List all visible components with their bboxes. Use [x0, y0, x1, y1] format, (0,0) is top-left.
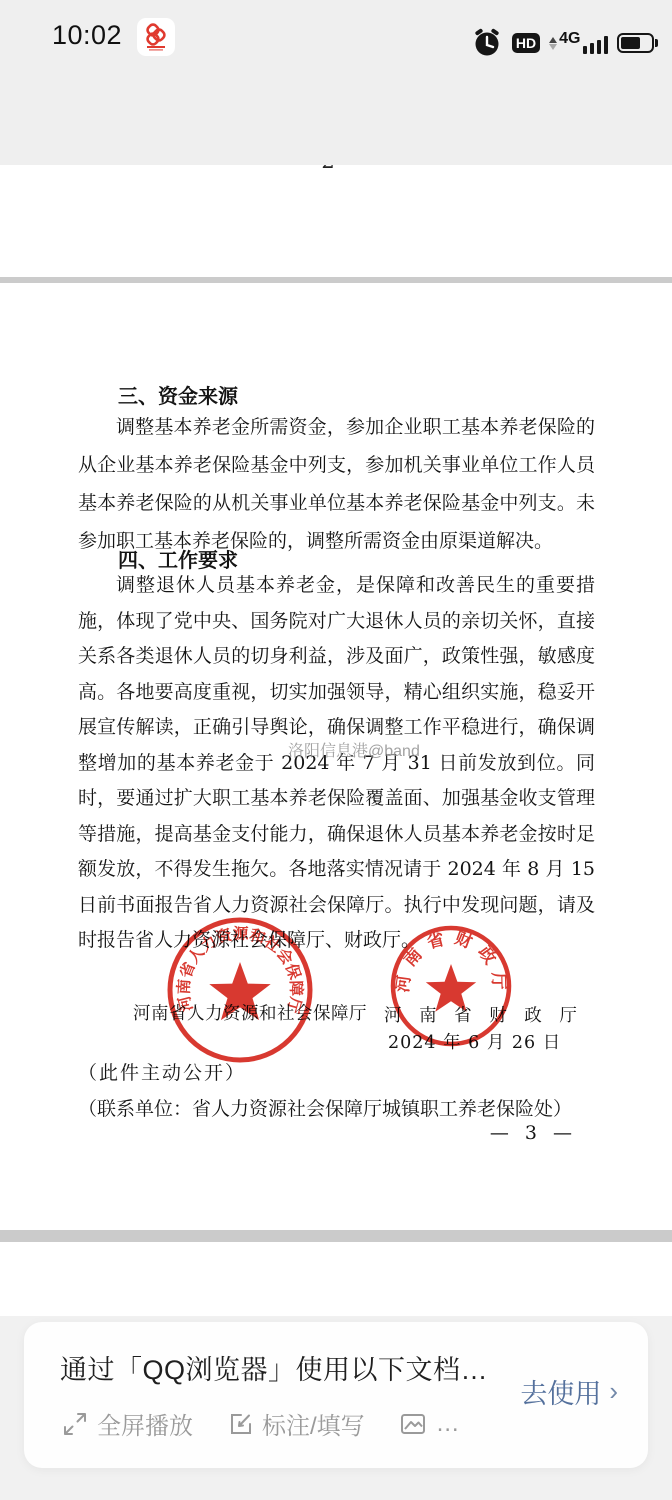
- annotate-icon: [227, 1411, 253, 1437]
- clock-time: 10:02: [52, 20, 122, 51]
- fullscreen-icon: [62, 1411, 88, 1437]
- promo-text: 通过「QQ浏览器」使用以下文档…: [60, 1348, 488, 1387]
- network-type-label: 4G: [559, 30, 580, 48]
- status-bar: 10:02 HD 4G: [0, 0, 672, 85]
- battery-icon: [617, 33, 658, 53]
- official-seal-finance-icon: 河南省财政厅: [385, 922, 517, 1054]
- alarm-clock-icon: [471, 27, 503, 59]
- file-preview-header: 豫人社3.pdf 文件预览: [0, 85, 672, 165]
- go-use-button[interactable]: 去使用 ›: [520, 1372, 618, 1411]
- section-heading-funding: 三、资金来源: [78, 380, 595, 409]
- hd-badge: HD: [512, 33, 540, 53]
- qq-browser-promo-card: 通过「QQ浏览器」使用以下文档… 去使用 › 全屏播放 标注/填写: [24, 1322, 648, 1468]
- status-icons: HD 4G: [471, 24, 658, 62]
- paragraph-funding: 调整基本养老金所需资金，参加企业职工基本养老保险的从企业基本养老保险基金中列支，…: [78, 408, 595, 560]
- pdf-page-4-top[interactable]: [0, 1242, 672, 1316]
- page-gap: [0, 1230, 672, 1242]
- china-unicom-knot-icon: [141, 22, 171, 52]
- disclosure-note: （此件主动公开）: [78, 1058, 246, 1085]
- signal-bars-icon: [583, 34, 609, 54]
- official-seal-hrss-icon: 河南省人力资源和社会保障厅: [160, 912, 320, 1070]
- china-unicom-icon: [137, 18, 175, 56]
- updown-arrows-icon: [549, 37, 557, 50]
- annotate-fill-button[interactable]: 标注/填写: [227, 1406, 365, 1441]
- document-tools-row: 全屏播放 标注/填写 …: [62, 1406, 460, 1441]
- image-icon: [399, 1411, 427, 1437]
- watermark-text: 洛阳信息港@band: [288, 738, 420, 761]
- image-more-button[interactable]: …: [399, 1410, 460, 1438]
- fullscreen-play-button[interactable]: 全屏播放: [62, 1406, 193, 1441]
- pdf-page-3[interactable]: 三、资金来源 调整基本养老金所需资金，参加企业职工基本养老保险的从企业基本养老保…: [0, 283, 672, 1230]
- contact-unit-note: （联系单位：省人力资源社会保障厅城镇职工养老保险处）: [78, 1094, 572, 1121]
- page-3-number: — 3 —: [490, 1122, 577, 1144]
- pdf-page-2-bottom[interactable]: — 2 —: [0, 165, 672, 277]
- page-2-number: — 2 —: [0, 165, 672, 173]
- go-use-label: 去使用: [520, 1372, 601, 1411]
- paragraph-requirements: 调整退休人员基本养老金，是保障和改善民生的重要措施，体现了党中央、国务院对广大退…: [78, 568, 595, 959]
- image-more-label: …: [436, 1410, 460, 1438]
- chevron-right-icon: ›: [609, 1376, 618, 1407]
- annotate-label: 标注/填写: [262, 1406, 365, 1441]
- network-indicator: 4G: [549, 33, 608, 53]
- fullscreen-label: 全屏播放: [97, 1406, 193, 1441]
